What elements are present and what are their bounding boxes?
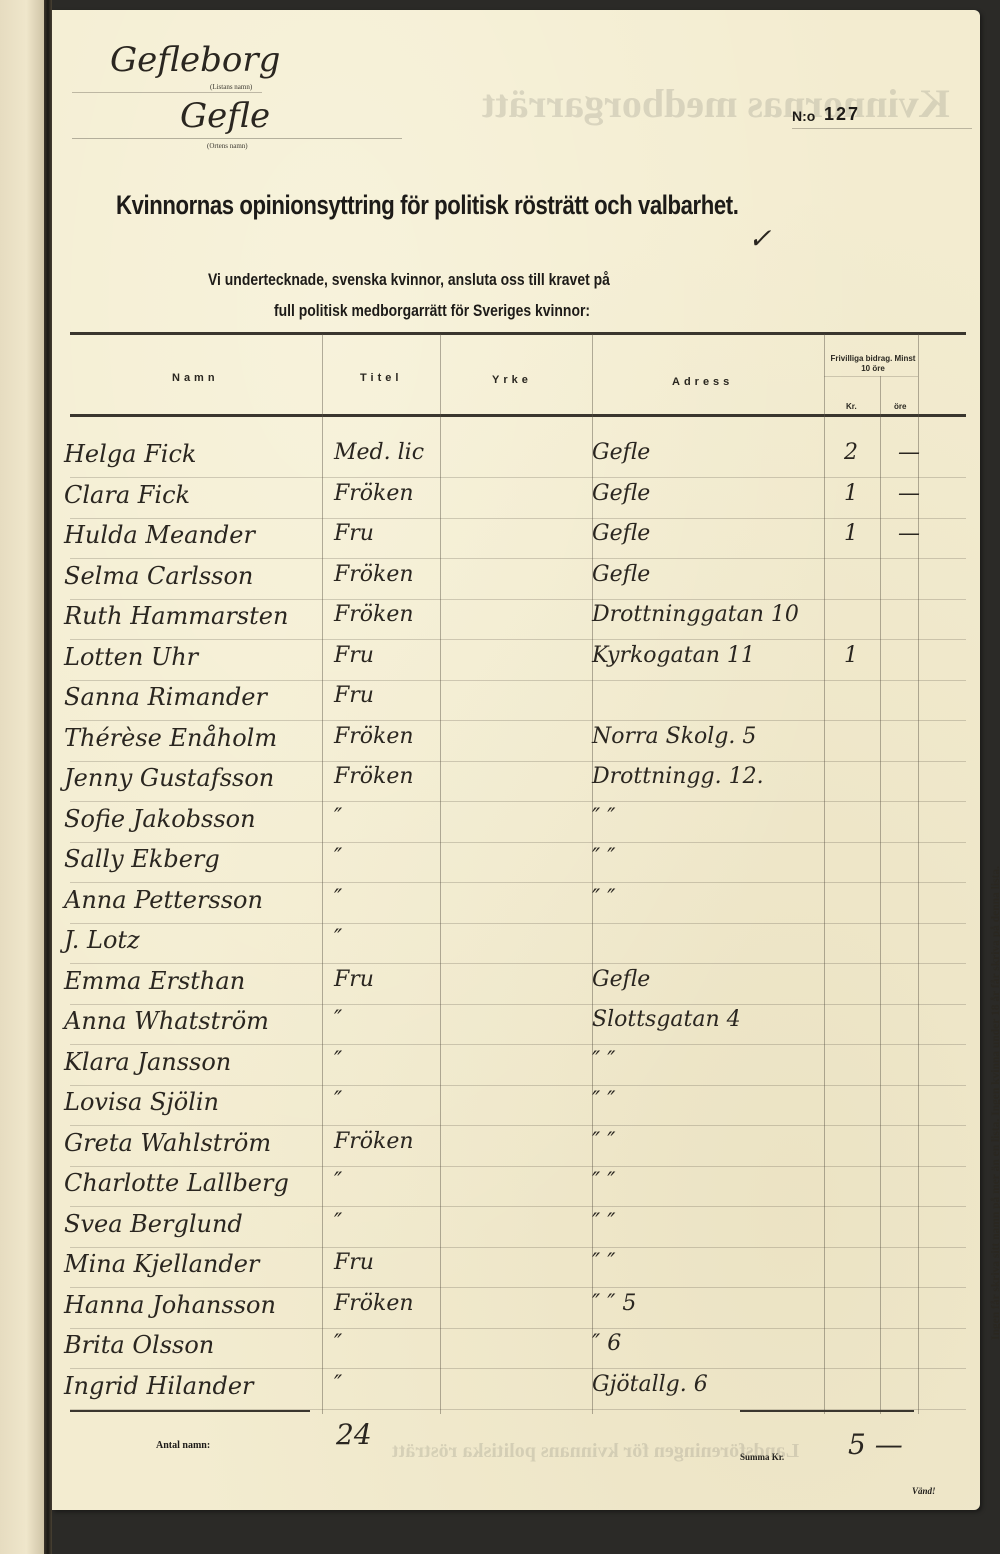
contribution-ore: —	[898, 521, 920, 546]
table-top-rule	[70, 332, 966, 335]
column-header-occupation: Yrke	[492, 374, 532, 386]
table-header-bottom-rule	[70, 414, 966, 417]
column-header-name: Namn	[172, 372, 219, 384]
signature-title: Fru	[334, 683, 374, 708]
signature-title: ″	[334, 1210, 342, 1235]
column-header-kr: Kr.	[846, 402, 857, 411]
signature-address: ″ ″	[592, 1048, 615, 1073]
signature-title: Fröken	[334, 562, 414, 587]
signature-title: ″	[334, 1331, 342, 1356]
table-row: Thérèse EnåholmFrökenNorra Skolg. 5	[52, 724, 980, 762]
signature-name: Sanna Rimander	[64, 683, 267, 711]
signature-address: Gjötallg. 6	[592, 1372, 708, 1397]
row-divider	[70, 1085, 966, 1086]
contribution-ore: —	[898, 440, 920, 465]
row-divider	[70, 1125, 966, 1126]
signature-name: Hanna Johansson	[64, 1291, 276, 1319]
signature-name: Thérèse Enåholm	[64, 724, 277, 752]
signature-name: Charlotte Lallberg	[64, 1169, 289, 1197]
signature-name: Sofie Jakobsson	[64, 805, 256, 833]
column-header-contribution: Frivilliga bidrag. Minst 10 öre	[828, 354, 918, 374]
table-row: Anna Whatström″Slottsgatan 4	[52, 1007, 980, 1045]
signature-name: Anna Pettersson	[64, 886, 263, 914]
column-header-ore: öre	[894, 402, 906, 411]
signature-title: ″	[334, 1088, 342, 1113]
signature-title: ″	[334, 1007, 342, 1032]
signature-name: Hulda Meander	[64, 521, 255, 549]
turn-page-note: Vänd!	[912, 1486, 936, 1496]
signature-title: Fru	[334, 1250, 374, 1275]
list-name-caption: (Listans namn)	[210, 83, 252, 91]
row-divider	[70, 842, 966, 843]
bleed-through-heading: Kvinnornas medborgarrätt	[482, 80, 950, 127]
row-divider	[70, 1206, 966, 1207]
signature-address: ″ ″	[592, 1210, 615, 1235]
row-divider	[70, 1287, 966, 1288]
contribution-kr: 1	[844, 481, 858, 506]
contribution-kr: 1	[844, 643, 858, 668]
signature-address: ″ ″ 5	[592, 1291, 636, 1316]
row-divider	[70, 761, 966, 762]
row-divider	[70, 680, 966, 681]
table-row: Sally Ekberg″″ ″	[52, 845, 980, 883]
signature-address: ″ ″	[592, 1129, 615, 1154]
table-row: Emma ErsthanFruGefle	[52, 967, 980, 1005]
column-header-address: Adress	[672, 376, 733, 388]
signature-address: Drottningg. 12.	[592, 764, 764, 789]
previous-page-edge	[0, 0, 44, 1554]
list-name: Gefleborg	[110, 40, 280, 80]
table-row: Brita Olsson″″ 6	[52, 1331, 980, 1369]
list-name-underline	[72, 92, 262, 93]
table-row: Mina KjellanderFru″ ″	[52, 1250, 980, 1288]
contribution-kr: 1	[844, 521, 858, 546]
signature-name: Sally Ekberg	[64, 845, 220, 873]
count-label: Antal namn:	[156, 1440, 210, 1451]
table-row: Ingrid Hilander″Gjötallg. 6	[52, 1372, 980, 1410]
declaration-line-1: Vi undertecknade, svenska kvinnor, anslu…	[208, 270, 610, 290]
signature-name: Ingrid Hilander	[64, 1372, 254, 1400]
row-divider	[70, 1166, 966, 1167]
table-row: Sanna RimanderFru	[52, 683, 980, 721]
row-divider	[70, 1247, 966, 1248]
table-row: Hanna JohanssonFröken″ ″ 5	[52, 1291, 980, 1329]
signature-address: Drottninggatan 10	[592, 602, 799, 627]
signature-address: Gefle	[592, 967, 650, 992]
signature-title: ″	[334, 1169, 342, 1194]
signature-title: ″	[334, 1372, 342, 1397]
signature-name: Mina Kjellander	[64, 1250, 259, 1278]
table-row: Anna Pettersson″″ ″	[52, 886, 980, 924]
row-divider	[70, 923, 966, 924]
signature-name: Brita Olsson	[64, 1331, 214, 1359]
contribution-subheader-line	[824, 376, 918, 377]
signature-address: Gefle	[592, 481, 650, 506]
signature-name: Lotten Uhr	[64, 643, 198, 671]
side-rules-note: Ingen får skriva sitt namn på mer än en …	[990, 866, 1000, 1340]
table-row: Greta WahlströmFröken″ ″	[52, 1129, 980, 1167]
signature-address: Norra Skolg. 5	[592, 724, 756, 749]
table-row: Helga FickMed. licGefle2—	[52, 440, 980, 478]
count-value: 24	[336, 1418, 372, 1451]
declaration-line-2: full politisk medborgarrätt för Sveriges…	[274, 301, 590, 321]
table-row: Charlotte Lallberg″″ ″	[52, 1169, 980, 1207]
signature-name: Klara Jansson	[64, 1048, 231, 1076]
list-number-label: N:o	[792, 108, 815, 124]
signature-name: Clara Fick	[64, 481, 190, 509]
signature-address: ″ ″	[592, 1250, 615, 1275]
table-row: Selma CarlssonFrökenGefle	[52, 562, 980, 600]
signature-name: Jenny Gustafsson	[64, 764, 274, 792]
row-divider	[70, 801, 966, 802]
signature-name: Greta Wahlström	[64, 1129, 271, 1157]
signature-address: Gefle	[592, 562, 650, 587]
petition-title: Kvinnornas opinionsyttring för politisk …	[116, 190, 738, 221]
row-divider	[70, 1004, 966, 1005]
place-name-caption: (Ortens namn)	[207, 142, 248, 150]
contribution-kr: 2	[844, 440, 858, 465]
signature-address: Kyrkogatan 11	[592, 643, 755, 668]
signature-title: Fröken	[334, 764, 414, 789]
signature-address: ″ ″	[592, 845, 615, 870]
column-header-title: Titel	[360, 372, 402, 384]
signature-name: Emma Ersthan	[64, 967, 245, 995]
row-divider	[70, 518, 966, 519]
row-divider	[70, 599, 966, 600]
signature-address: ″ ″	[592, 1088, 615, 1113]
signature-title: Fröken	[334, 1129, 414, 1154]
row-divider	[70, 558, 966, 559]
signature-title: Fru	[334, 521, 374, 546]
row-divider	[70, 1368, 966, 1369]
table-row: J. Lotz″	[52, 926, 980, 964]
table-row: Jenny GustafssonFrökenDrottningg. 12.	[52, 764, 980, 802]
signature-name: Helga Fick	[64, 440, 196, 468]
book-spine	[44, 0, 52, 1554]
signature-title: Med. lic	[334, 440, 424, 465]
signature-title: Fröken	[334, 481, 414, 506]
signature-name: Anna Whatström	[64, 1007, 269, 1035]
sum-value: 5 —	[848, 1428, 903, 1461]
sum-rule	[740, 1410, 914, 1412]
signature-name: Selma Carlsson	[64, 562, 253, 590]
signature-title: ″	[334, 886, 342, 911]
signature-title: Fru	[334, 967, 374, 992]
row-divider	[70, 963, 966, 964]
number-underline	[792, 128, 972, 129]
signature-title: ″	[334, 805, 342, 830]
row-divider	[70, 477, 966, 478]
table-row: Hulda MeanderFruGefle1—	[52, 521, 980, 559]
list-number-value: 127	[824, 104, 860, 125]
petition-page: Kvinnornas medborgarrätt Gefleborg (List…	[52, 10, 980, 1510]
signature-address: Slottsgatan 4	[592, 1007, 741, 1032]
table-row: Clara FickFrökenGefle1—	[52, 481, 980, 519]
signature-address: Gefle	[592, 440, 650, 465]
table-row: Svea Berglund″″ ″	[52, 1210, 980, 1248]
signature-title: ″	[334, 1048, 342, 1073]
signature-title: Fröken	[334, 602, 414, 627]
check-mark: ✓	[748, 222, 771, 255]
row-divider	[70, 882, 966, 883]
signature-address: ″ ″	[592, 886, 615, 911]
contribution-ore: —	[898, 481, 920, 506]
signature-address: ″ 6	[592, 1331, 621, 1356]
row-divider	[70, 1328, 966, 1329]
signature-address: ″ ″	[592, 805, 615, 830]
signature-title: ″	[334, 845, 342, 870]
signature-name: J. Lotz	[64, 926, 140, 954]
table-row: Klara Jansson″″ ″	[52, 1048, 980, 1086]
signature-address: Gefle	[592, 521, 650, 546]
table-row: Lotten UhrFruKyrkogatan 111	[52, 643, 980, 681]
row-divider	[70, 720, 966, 721]
signature-title: ″	[334, 926, 342, 951]
signature-title: Fru	[334, 643, 374, 668]
signature-name: Ruth Hammarsten	[64, 602, 288, 630]
signature-title: Fröken	[334, 1291, 414, 1316]
table-row: Ruth HammarstenFrökenDrottninggatan 10	[52, 602, 980, 640]
place-name: Gefle	[180, 96, 270, 136]
table-bottom-rule	[70, 1410, 310, 1412]
table-row: Lovisa Sjölin″″ ″	[52, 1088, 980, 1126]
row-divider	[70, 639, 966, 640]
signature-address: ″ ″	[592, 1169, 615, 1194]
bleed-through-footer: Landsföreningen för kvinnans politiska r…	[392, 1440, 799, 1463]
signature-name: Svea Berglund	[64, 1210, 243, 1238]
signature-name: Lovisa Sjölin	[64, 1088, 219, 1116]
row-divider	[70, 1044, 966, 1045]
table-row: Sofie Jakobsson″″ ″	[52, 805, 980, 843]
place-name-underline	[72, 138, 402, 139]
signature-title: Fröken	[334, 724, 414, 749]
